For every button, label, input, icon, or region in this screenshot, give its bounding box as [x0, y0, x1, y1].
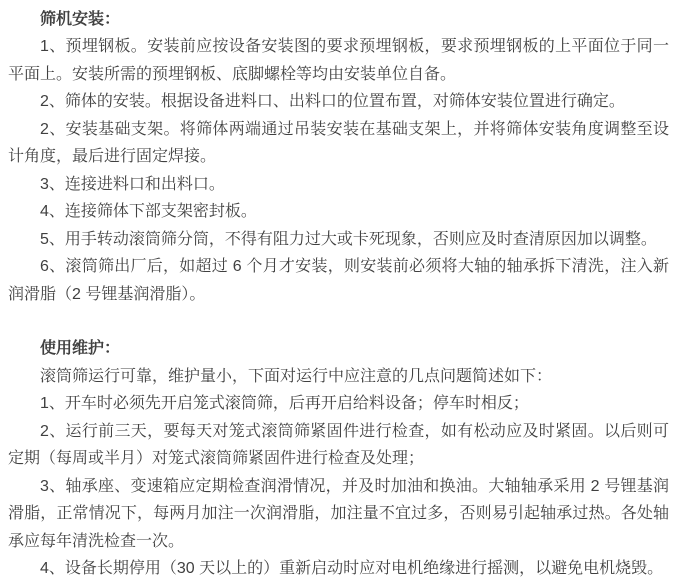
maintenance-heading: 使用维护： — [8, 335, 669, 362]
maintenance-paragraph-1: 滚筒筛运行可靠，维护量小，下面对运行中应注意的几点问题简述如下： — [8, 363, 669, 390]
installation-paragraph-4: 3、连接进料口和出料口。 — [8, 171, 669, 198]
installation-paragraph-7: 6、滚筒筛出厂后，如超过 6 个月才安装，则安装前必须将大轴的轴承拆下清洗，注入… — [8, 253, 669, 308]
installation-paragraph-3: 2、安装基础支架。将筛体两端通过吊装安装在基础支架上，并将筛体安装角度调整至设计… — [8, 116, 669, 171]
installation-paragraph-6: 5、用手转动滚筒筛分筒，不得有阻力过大或卡死现象，否则应及时查清原因加以调整。 — [8, 226, 669, 253]
installation-paragraph-1: 1、预埋钢板。安装前应按设备安装图的要求预埋钢板，要求预埋钢板的上平面位于同一平… — [8, 33, 669, 88]
installation-paragraph-2: 2、筛体的安装。根据设备进料口、出料口的位置布置，对筛体安装位置进行确定。 — [8, 88, 669, 115]
document-page: 筛机安装： 1、预埋钢板。安装前应按设备安装图的要求预埋钢板，要求预埋钢板的上平… — [0, 0, 677, 583]
section-maintenance: 使用维护： 滚筒筛运行可靠，维护量小，下面对运行中应注意的几点问题简述如下： 1… — [8, 335, 669, 582]
maintenance-paragraph-4: 3、轴承座、变速箱应定期检查润滑情况，并及时加油和换油。大轴轴承采用 2 号锂基… — [8, 473, 669, 555]
section-installation: 筛机安装： 1、预埋钢板。安装前应按设备安装图的要求预埋钢板，要求预埋钢板的上平… — [8, 6, 669, 308]
installation-paragraph-5: 4、连接筛体下部支架密封板。 — [8, 198, 669, 225]
maintenance-paragraph-5: 4、设备长期停用（30 天以上的）重新启动时应对电机绝缘进行摇测，以避免电机烧毁… — [8, 555, 669, 582]
section-spacer — [8, 308, 669, 335]
maintenance-paragraph-3: 2、运行前三天，要每天对笼式滚筒筛紧固件进行检查，如有松动应及时紧固。以后则可定… — [8, 418, 669, 473]
installation-heading: 筛机安装： — [8, 6, 669, 33]
maintenance-paragraph-2: 1、开车时必须先开启笼式滚筒筛，后再开启给料设备；停车时相反； — [8, 390, 669, 417]
